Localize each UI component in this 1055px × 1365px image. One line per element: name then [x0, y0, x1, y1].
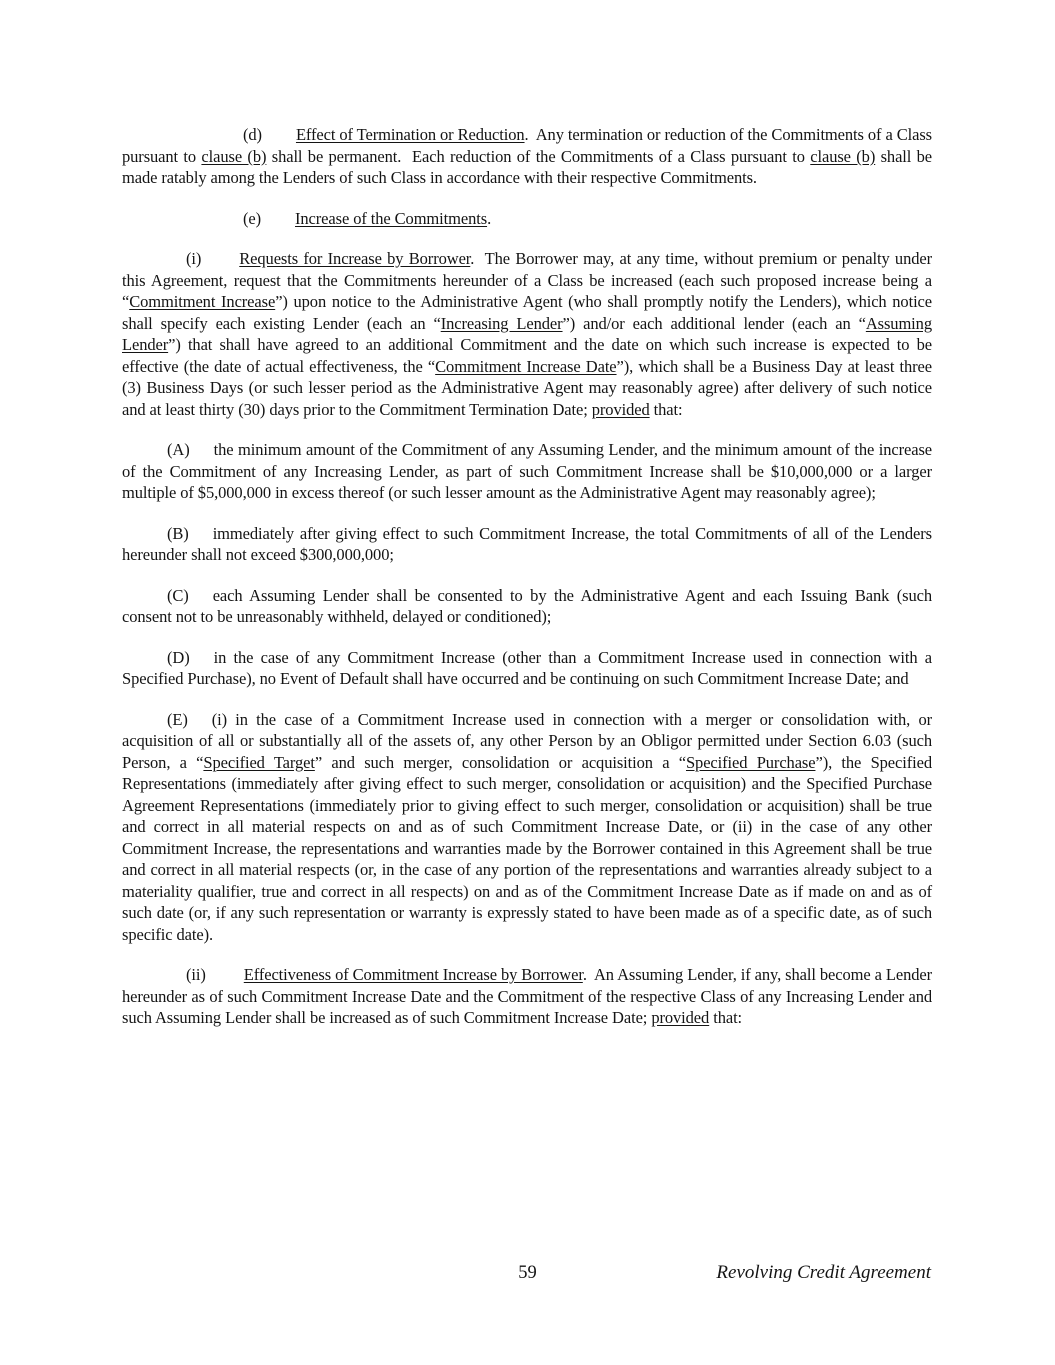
underlined-text: clause (b)	[810, 147, 875, 166]
text-run: (B)	[167, 524, 189, 543]
proviso-c-paragraph: (C)each Assuming Lender shall be consent…	[122, 585, 932, 628]
text-run: (e)	[243, 209, 261, 228]
underlined-text: provided	[592, 400, 650, 419]
underlined-text: Commitment Increase Date	[435, 357, 616, 376]
text-run: ”) and/or each additional lender (each a…	[563, 314, 866, 333]
text-run: (ii)	[186, 965, 206, 984]
underlined-text: Increasing Lender	[441, 314, 563, 333]
text-run: immediately after giving effect to such …	[122, 524, 932, 565]
text-run: in the case of any Commitment Increase (…	[122, 648, 932, 689]
underlined-text: Requests for Increase by Borrower	[239, 249, 470, 268]
page-body-text: (d)Effect of Termination or Reduction. A…	[122, 124, 932, 1048]
underlined-text: Specified Purchase	[686, 753, 815, 772]
document-page: (d)Effect of Termination or Reduction. A…	[0, 0, 1055, 1365]
text-run: (i)	[186, 249, 201, 268]
underlined-text: provided	[651, 1008, 709, 1027]
footer-document-title: Revolving Credit Agreement	[716, 1262, 931, 1284]
text-run: ”), the Specified Representations (immed…	[122, 753, 932, 944]
text-run: each Assuming Lender shall be consented …	[122, 586, 932, 627]
proviso-e-paragraph: (E)(i) in the case of a Commitment Incre…	[122, 709, 932, 946]
underlined-text: clause (b)	[201, 147, 266, 166]
text-run: (C)	[167, 586, 189, 605]
underlined-text: Effect of Termination or Reduction	[296, 125, 525, 144]
text-run: the minimum amount of the Commitment of …	[122, 440, 932, 502]
clause-e-heading: (e)Increase of the Commitments.	[122, 208, 932, 230]
proviso-b-paragraph: (B)immediately after giving effect to su…	[122, 523, 932, 566]
text-run: .	[487, 209, 491, 228]
text-run: (D)	[167, 648, 190, 667]
underlined-text: Commitment Increase	[129, 292, 275, 311]
clause-e-ii-paragraph: (ii)Effectiveness of Commitment Increase…	[122, 964, 932, 1029]
text-run: (E)	[167, 710, 188, 729]
text-run: shall be permanent. Each reduction of th…	[266, 147, 810, 166]
underlined-text: Increase of the Commitments	[295, 209, 487, 228]
proviso-d-paragraph: (D)in the case of any Commitment Increas…	[122, 647, 932, 690]
underlined-text: Effectiveness of Commitment Increase by …	[244, 965, 583, 984]
text-run: that:	[650, 400, 683, 419]
text-run: (A)	[167, 440, 190, 459]
clause-e-i-paragraph: (i)Requests for Increase by Borrower. Th…	[122, 248, 932, 420]
text-run: that:	[709, 1008, 742, 1027]
text-run: ” and such merger, consolidation or acqu…	[315, 753, 686, 772]
text-run: (d)	[243, 125, 262, 144]
clause-d-paragraph: (d)Effect of Termination or Reduction. A…	[122, 124, 932, 189]
proviso-a-paragraph: (A)the minimum amount of the Commitment …	[122, 439, 932, 504]
underlined-text: Specified Target	[203, 753, 314, 772]
